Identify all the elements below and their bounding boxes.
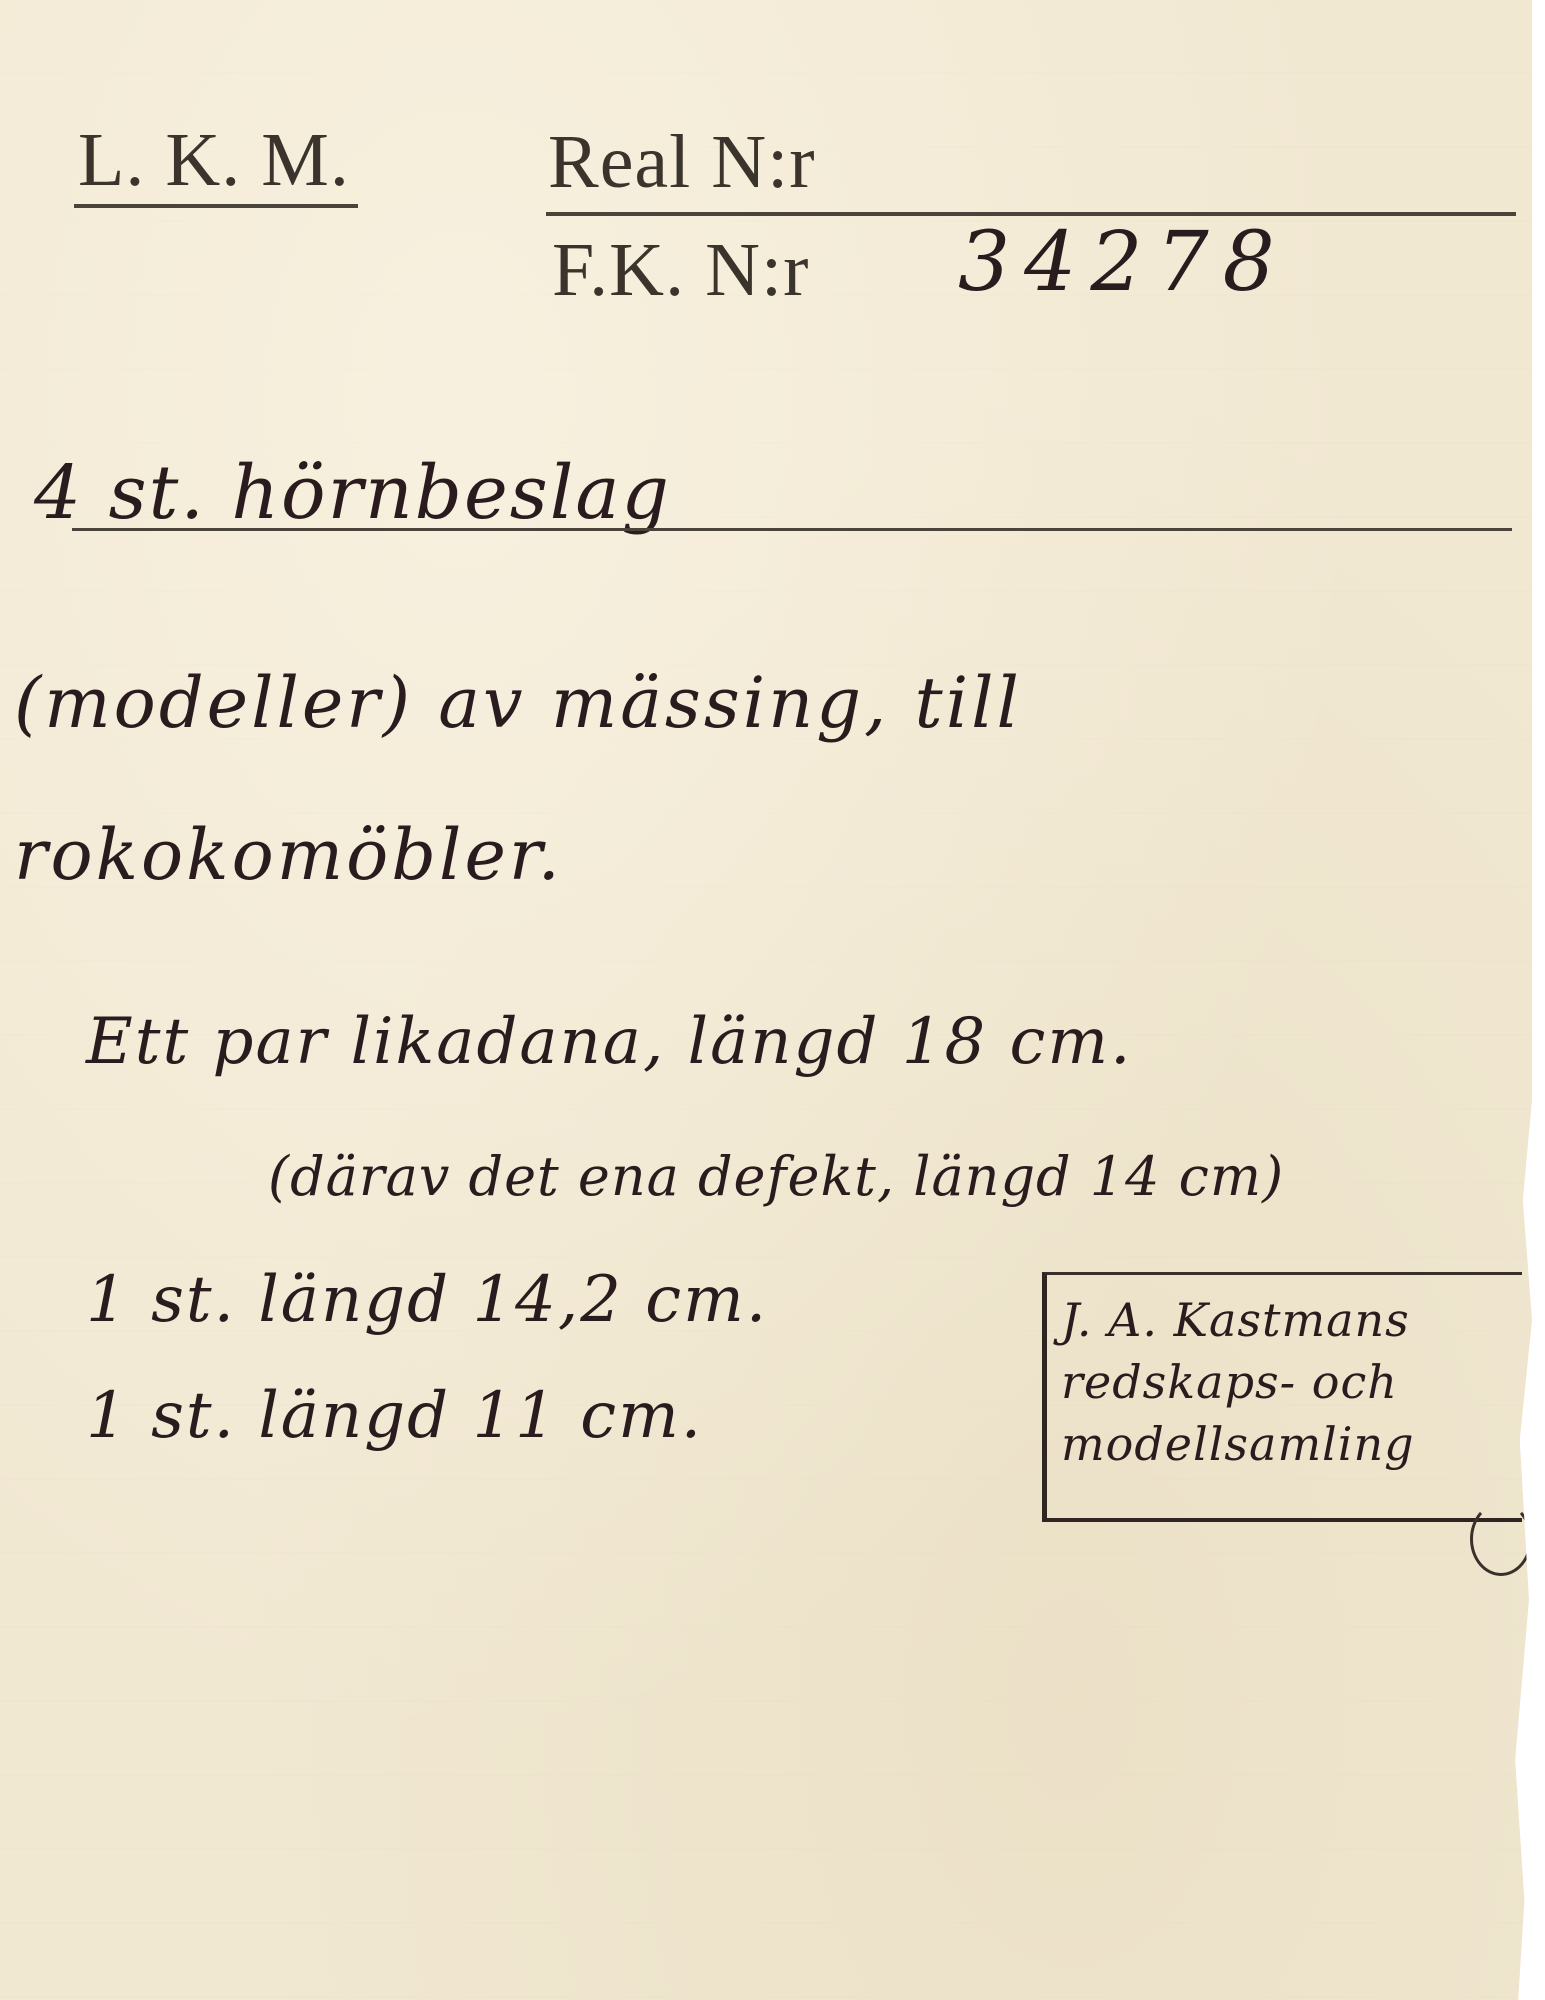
description-line-2: rokokomöbler. (14, 820, 563, 890)
stamp-flourish (1470, 1502, 1532, 1576)
stamp-line-2: redskaps- och (1047, 1351, 1522, 1413)
real-number-label: Real N:r (548, 124, 816, 200)
item-line-4: 1 st. längd 11 cm. (86, 1384, 703, 1448)
item-line-3: 1 st. längd 14,2 cm. (86, 1268, 768, 1332)
description-line-1: (modeller) av mässing, till (14, 668, 1022, 738)
title-underline (72, 528, 1512, 531)
collection-stamp: J. A. Kastmans redskaps- och modellsamli… (1042, 1272, 1522, 1522)
fk-number-value: 34278 (958, 222, 1289, 304)
entry-title: 4 st. hörnbeslag (34, 456, 671, 530)
stamp-line-3: modellsamling (1047, 1413, 1522, 1475)
fk-number-label: F.K. N:r (552, 232, 809, 308)
item-line-2: (därav det ena defekt, längd 14 cm) (268, 1150, 1284, 1204)
item-line-1: Ett par likadana, längd 18 cm. (86, 1010, 1132, 1074)
institution-underline (74, 204, 358, 208)
catalogue-card: L. K. M. Real N:r F.K. N:r 34278 4 st. h… (0, 0, 1532, 2000)
institution-label: L. K. M. (78, 122, 350, 198)
stamp-line-1: J. A. Kastmans (1047, 1289, 1522, 1351)
